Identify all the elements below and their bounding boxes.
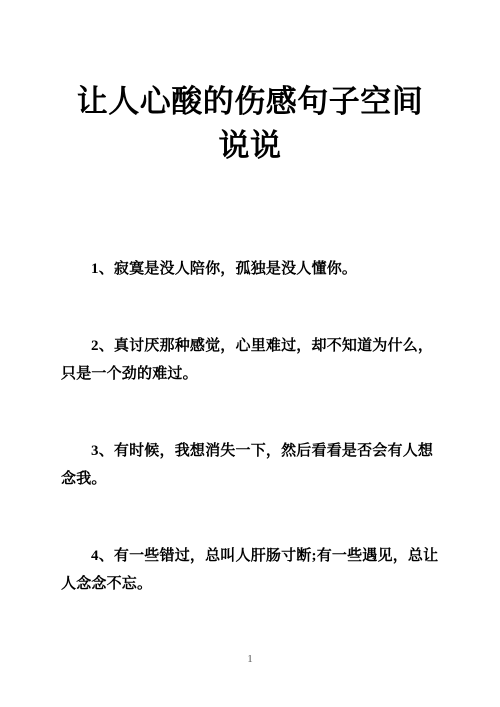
document-title: 让人心酸的伤感句子空间 说说 [61,80,439,168]
title-line-1: 让人心酸的伤感句子空间 [61,80,439,124]
sentence-paragraph-4: 4、有一些错过，总叫人肝肠寸断;有一些遇见，总让人念念不忘。 [61,542,439,598]
title-line-2: 说说 [61,124,439,168]
sentence-paragraph-3: 3、有时候，我想消失一下，然后看看是否会有人想念我。 [61,437,439,493]
page-number: 1 [61,653,439,665]
sentence-paragraph-1: 1、寂寞是没人陪你，孤独是没人懂你。 [61,255,439,283]
document-page: 让人心酸的伤感句子空间 说说 1、寂寞是没人陪你，孤独是没人懂你。 2、真讨厌那… [0,0,500,707]
sentence-paragraph-2: 2、真讨厌那种感觉，心里难过，却不知道为什么，只是一个劲的难过。 [61,332,439,388]
